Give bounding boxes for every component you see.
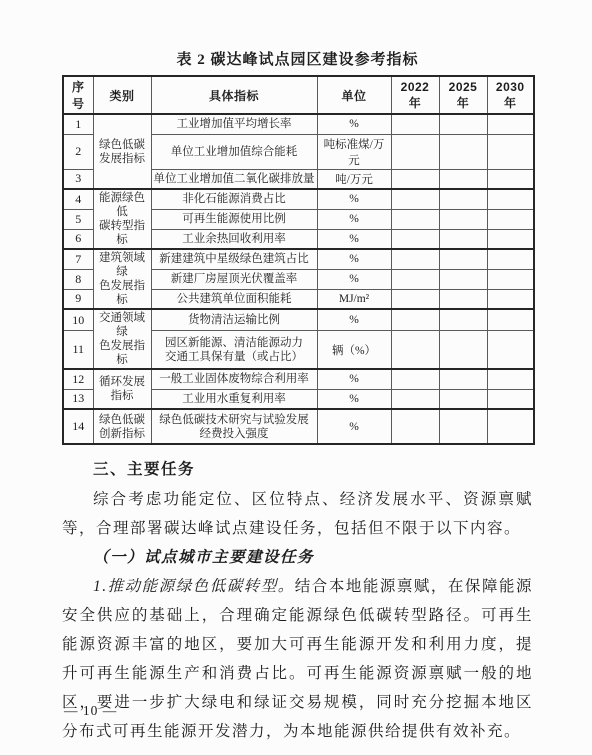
cat-cell: 交通领域绿 色发展指标 <box>93 309 151 369</box>
no-cell: 3 <box>63 169 93 189</box>
val-cell <box>487 114 534 134</box>
val-cell <box>391 289 439 309</box>
ind-cell: 园区新能源、清洁能源动力 交通工具保有量（或占比） <box>151 331 317 369</box>
val-cell <box>439 249 487 269</box>
column-header: 2025 年 <box>439 76 487 114</box>
val-cell <box>487 269 534 289</box>
val-cell <box>487 309 534 331</box>
no-cell: 12 <box>63 369 93 389</box>
val-cell <box>487 169 534 189</box>
cat-cell: 绿色低碳 创新指标 <box>93 409 151 444</box>
val-cell <box>439 209 487 229</box>
section-heading: 三、主要任务 <box>62 457 533 479</box>
ind-cell: 新建厂房屋顶光伏覆盖率 <box>151 269 317 289</box>
ind-cell: 工业用水重复利用率 <box>151 389 317 409</box>
val-cell <box>487 289 534 309</box>
task1-lead-phrase: 1.推动能源绿色低碳转型。 <box>93 578 295 595</box>
unit-cell: 吨标准煤/万元 <box>317 134 391 169</box>
val-cell <box>391 269 439 289</box>
val-cell <box>439 409 487 444</box>
val-cell <box>439 289 487 309</box>
page-number: — 10 — <box>64 703 117 719</box>
ind-cell: 非化石能源消费占比 <box>151 189 317 209</box>
unit-cell: % <box>317 269 391 289</box>
val-cell <box>391 189 439 209</box>
table-row: 1绿色低碳 发展指标工业增加值平均增长率% <box>63 114 534 134</box>
intro-paragraph: 综合考虑功能定位、区位特点、经济发展水平、资源禀赋等，合理部署碳达峰试点建设任务… <box>62 485 533 543</box>
no-cell: 11 <box>63 331 93 369</box>
no-cell: 7 <box>63 249 93 269</box>
ind-cell: 单位工业增加值二氧化碳排放量 <box>151 169 317 189</box>
task1-body-text: 结合本地能源禀赋，在保障能源安全供应的基础上，合理确定能源绿色低碳转型路径。可再… <box>62 578 533 740</box>
val-cell <box>487 249 534 269</box>
val-cell <box>439 114 487 134</box>
no-cell: 2 <box>63 134 93 169</box>
val-cell <box>439 369 487 389</box>
no-cell: 9 <box>63 289 93 309</box>
val-cell <box>439 229 487 249</box>
val-cell <box>391 209 439 229</box>
val-cell <box>439 134 487 169</box>
no-cell: 4 <box>63 189 93 209</box>
unit-cell: % <box>317 409 391 444</box>
cat-cell: 循环发展 指标 <box>93 369 151 409</box>
no-cell: 14 <box>63 409 93 444</box>
subsection-heading: （一）试点城市主要建设任务 <box>62 543 533 572</box>
column-header: 2030 年 <box>487 76 534 114</box>
val-cell <box>487 229 534 249</box>
val-cell <box>487 331 534 369</box>
val-cell <box>487 409 534 444</box>
no-cell: 10 <box>63 309 93 331</box>
ind-cell: 可再生能源使用比例 <box>151 209 317 229</box>
unit-cell: 吨/万元 <box>317 169 391 189</box>
ind-cell: 新建建筑中星级绿色建筑占比 <box>151 249 317 269</box>
ind-cell: 一般工业固体废物综合利用率 <box>151 369 317 389</box>
val-cell <box>391 169 439 189</box>
val-cell <box>391 409 439 444</box>
val-cell <box>487 209 534 229</box>
no-cell: 5 <box>63 209 93 229</box>
task1-paragraph: 1.推动能源绿色低碳转型。结合本地能源禀赋，在保障能源安全供应的基础上，合理确定… <box>62 572 533 746</box>
ind-cell: 工业余热回收利用率 <box>151 229 317 249</box>
val-cell <box>391 331 439 369</box>
val-cell <box>439 331 487 369</box>
ind-cell: 工业增加值平均增长率 <box>151 114 317 134</box>
cat-cell: 绿色低碳 发展指标 <box>93 114 151 189</box>
val-cell <box>487 389 534 409</box>
val-cell <box>439 309 487 331</box>
unit-cell: % <box>317 209 391 229</box>
val-cell <box>391 309 439 331</box>
no-cell: 8 <box>63 269 93 289</box>
table-row: 12循环发展 指标一般工业固体废物综合利用率% <box>63 369 534 389</box>
val-cell <box>391 389 439 409</box>
column-header: 2022 年 <box>391 76 439 114</box>
unit-cell: % <box>317 249 391 269</box>
column-header: 单位 <box>317 76 391 114</box>
column-header: 具体指标 <box>151 76 317 114</box>
unit-cell: % <box>317 369 391 389</box>
val-cell <box>487 369 534 389</box>
unit-cell: MJ/m² <box>317 289 391 309</box>
no-cell: 6 <box>63 229 93 249</box>
ind-cell: 绿色低碳技术研究与试验发展 经费投入强度 <box>151 409 317 444</box>
val-cell <box>391 229 439 249</box>
table-header-row: 序号类别具体指标单位2022 年2025 年2030 年 <box>63 76 534 114</box>
val-cell <box>439 169 487 189</box>
unit-cell: % <box>317 229 391 249</box>
cat-cell: 能源绿色低 碳转型指标 <box>93 189 151 249</box>
indicator-table: 序号类别具体指标单位2022 年2025 年2030 年 1绿色低碳 发展指标工… <box>62 75 535 445</box>
ind-cell: 公共建筑单位面积能耗 <box>151 289 317 309</box>
val-cell <box>391 249 439 269</box>
val-cell <box>487 189 534 209</box>
val-cell <box>439 269 487 289</box>
table-row: 4能源绿色低 碳转型指标非化石能源消费占比% <box>63 189 534 209</box>
table-row: 14绿色低碳 创新指标绿色低碳技术研究与试验发展 经费投入强度% <box>63 409 534 444</box>
table-row: 10交通领域绿 色发展指标货物清洁运输比例% <box>63 309 534 331</box>
val-cell <box>391 114 439 134</box>
val-cell <box>391 134 439 169</box>
cat-cell: 建筑领域绿 色发展指标 <box>93 249 151 309</box>
no-cell: 13 <box>63 389 93 409</box>
column-header: 类别 <box>93 76 151 114</box>
column-header: 序号 <box>63 76 93 114</box>
unit-cell: % <box>317 389 391 409</box>
unit-cell: 辆（%） <box>317 331 391 369</box>
indicator-table-body: 1绿色低碳 发展指标工业增加值平均增长率%2单位工业增加值综合能耗吨标准煤/万元… <box>63 114 534 444</box>
document-page: 表 2 碳达峰试点园区建设参考指标 序号类别具体指标单位2022 年2025 年… <box>0 0 592 755</box>
val-cell <box>391 369 439 389</box>
ind-cell: 货物清洁运输比例 <box>151 309 317 331</box>
val-cell <box>439 189 487 209</box>
no-cell: 1 <box>63 114 93 134</box>
unit-cell: % <box>317 114 391 134</box>
unit-cell: % <box>317 309 391 331</box>
unit-cell: % <box>317 189 391 209</box>
val-cell <box>439 389 487 409</box>
val-cell <box>487 134 534 169</box>
table-row: 7建筑领域绿 色发展指标新建建筑中星级绿色建筑占比% <box>63 249 534 269</box>
ind-cell: 单位工业增加值综合能耗 <box>151 134 317 169</box>
table-title: 表 2 碳达峰试点园区建设参考指标 <box>62 48 533 69</box>
